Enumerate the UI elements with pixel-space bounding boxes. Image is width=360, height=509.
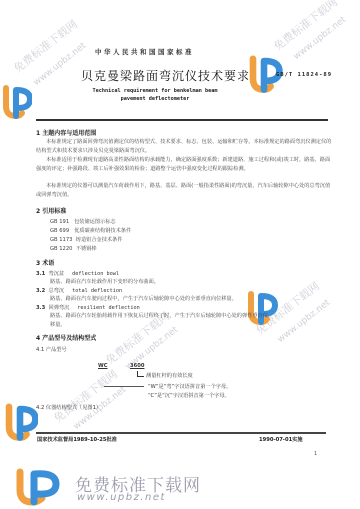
page-number: 1 <box>314 451 317 457</box>
title-en-line2: pavement deflectometer <box>0 95 310 103</box>
reference-item: GB 1173 铸造铝合金技术条件 <box>50 236 122 243</box>
term-cn: 弯沉盆 <box>49 271 65 277</box>
model-c-note: “C”是“沉”字汉语拼音第一个字母。 <box>148 392 230 399</box>
model-prefix-leader-line <box>104 386 144 387</box>
document-page: 免费标准下载网 www.upbz.net 免费标准下载网 www.upbz.ne… <box>0 0 360 509</box>
subsection-4-2: 4.2 仪器结构型式（见图1） <box>36 404 101 411</box>
reference-code: GB 699 <box>50 228 69 234</box>
section-1-para-3: 本标准规定的仪器可以测量汽车荷载作用下，路基、基层、路面(一般指柔性路面)的弯沉… <box>36 182 332 199</box>
term-3-3: 3.3 回弹弯沉resilient deflection <box>36 304 140 311</box>
model-number: 3600 <box>130 363 144 369</box>
model-w-note: “W”是“弯”字汉语拼音第一个字母。 <box>148 383 231 390</box>
reference-title: 包装储运图示标志 <box>74 219 116 225</box>
footer-divider <box>36 432 326 434</box>
model-prefix: WC <box>98 363 108 369</box>
section-1-para-1: 本标准规定了路面回弹弯沉值测定仪的结构型式、技术要求、标志、包装、运输和贮存等。… <box>36 138 332 155</box>
section-3-heading: 3 术语 <box>36 258 54 267</box>
term-3-2-definition: 路基、路面在汽车驶向过程中，产生于汽车后轴轮隙中心处的全部垂直向位移量。 <box>50 295 330 304</box>
title-en-line1: Technical requirement for benkelman beam <box>0 87 310 95</box>
term-cn: 回弹弯沉 <box>49 305 70 311</box>
standard-code: GB/T 11824-89 <box>276 72 332 78</box>
document-title-en: Technical requirement for benkelman beam… <box>0 87 310 103</box>
term-cn: 总弯沉 <box>49 288 65 294</box>
issued-date: 国家技术监督局1989-10-25批准 <box>37 436 117 443</box>
reference-title: 不锈钢棒 <box>76 246 97 252</box>
reference-title: 铸造铝合金技术条件 <box>76 237 123 243</box>
up-logo-icon <box>2 398 38 442</box>
term-en: deflection bowl <box>72 271 119 277</box>
term-number: 3.1 <box>36 271 45 277</box>
term-en: total deflection <box>72 288 122 294</box>
section-1-heading: 1 主题内容与适用范围 <box>36 128 96 137</box>
section-1-para-2: 本标准适用于检测现有道路高柔性路面结构的承载能力，确定路面强度系数；新建道路、施… <box>36 156 332 173</box>
header-divider <box>36 119 328 121</box>
reference-item: GB 699 优质碳素结构钢技术条件 <box>50 227 131 234</box>
term-3-3-definition-line2: 移量。 <box>50 321 346 330</box>
term-3-1: 3.1 弯沉盆deflection bowl <box>36 270 119 277</box>
section-4-heading: 4 产品型号及结构型式 <box>36 333 96 342</box>
national-standard-label: 中华人民共和国国家标准 <box>95 47 194 56</box>
reference-item: GB 1220 不锈钢棒 <box>50 245 97 252</box>
term-number: 3.3 <box>36 305 45 311</box>
subsection-4-1: 4.1 产品型号 <box>36 346 67 353</box>
document-title-cn: 贝克曼梁路面弯沉仪技术要求 <box>81 67 250 84</box>
up-brand-logo-icon <box>12 468 72 506</box>
brand-url: www.upbz.net <box>77 492 166 503</box>
section-2-heading: 2 引用标准 <box>36 206 66 215</box>
reference-item: GB 191 包装储运图示标志 <box>50 218 116 225</box>
reference-code: GB 1173 <box>50 237 72 243</box>
term-en: resilient deflection <box>77 305 139 311</box>
implemented-date: 1990-07-01实施 <box>259 436 303 443</box>
term-3-1-definition: 路基、路面在汽车轮载作用下变形的分布曲面。 <box>50 278 330 287</box>
reference-code: GB 191 <box>50 219 69 225</box>
term-3-3-definition-line1: 路基、路面在汽车轮胎荷载作用下恢复后过程终了时，产生于汽车后轴轮隙中心处的弹性垂… <box>50 312 335 321</box>
term-number: 3.2 <box>36 288 45 294</box>
model-number-bracket <box>137 371 144 377</box>
model-length-note: 测量杠杆的有效长度 <box>146 372 193 379</box>
watermark-brand-text: 免费标准下载网 <box>10 16 81 76</box>
reference-code: GB 1220 <box>50 246 72 252</box>
reference-title: 优质碳素结构钢技术条件 <box>74 228 131 234</box>
term-3-2: 3.2 总弯沉total deflection <box>36 287 122 294</box>
